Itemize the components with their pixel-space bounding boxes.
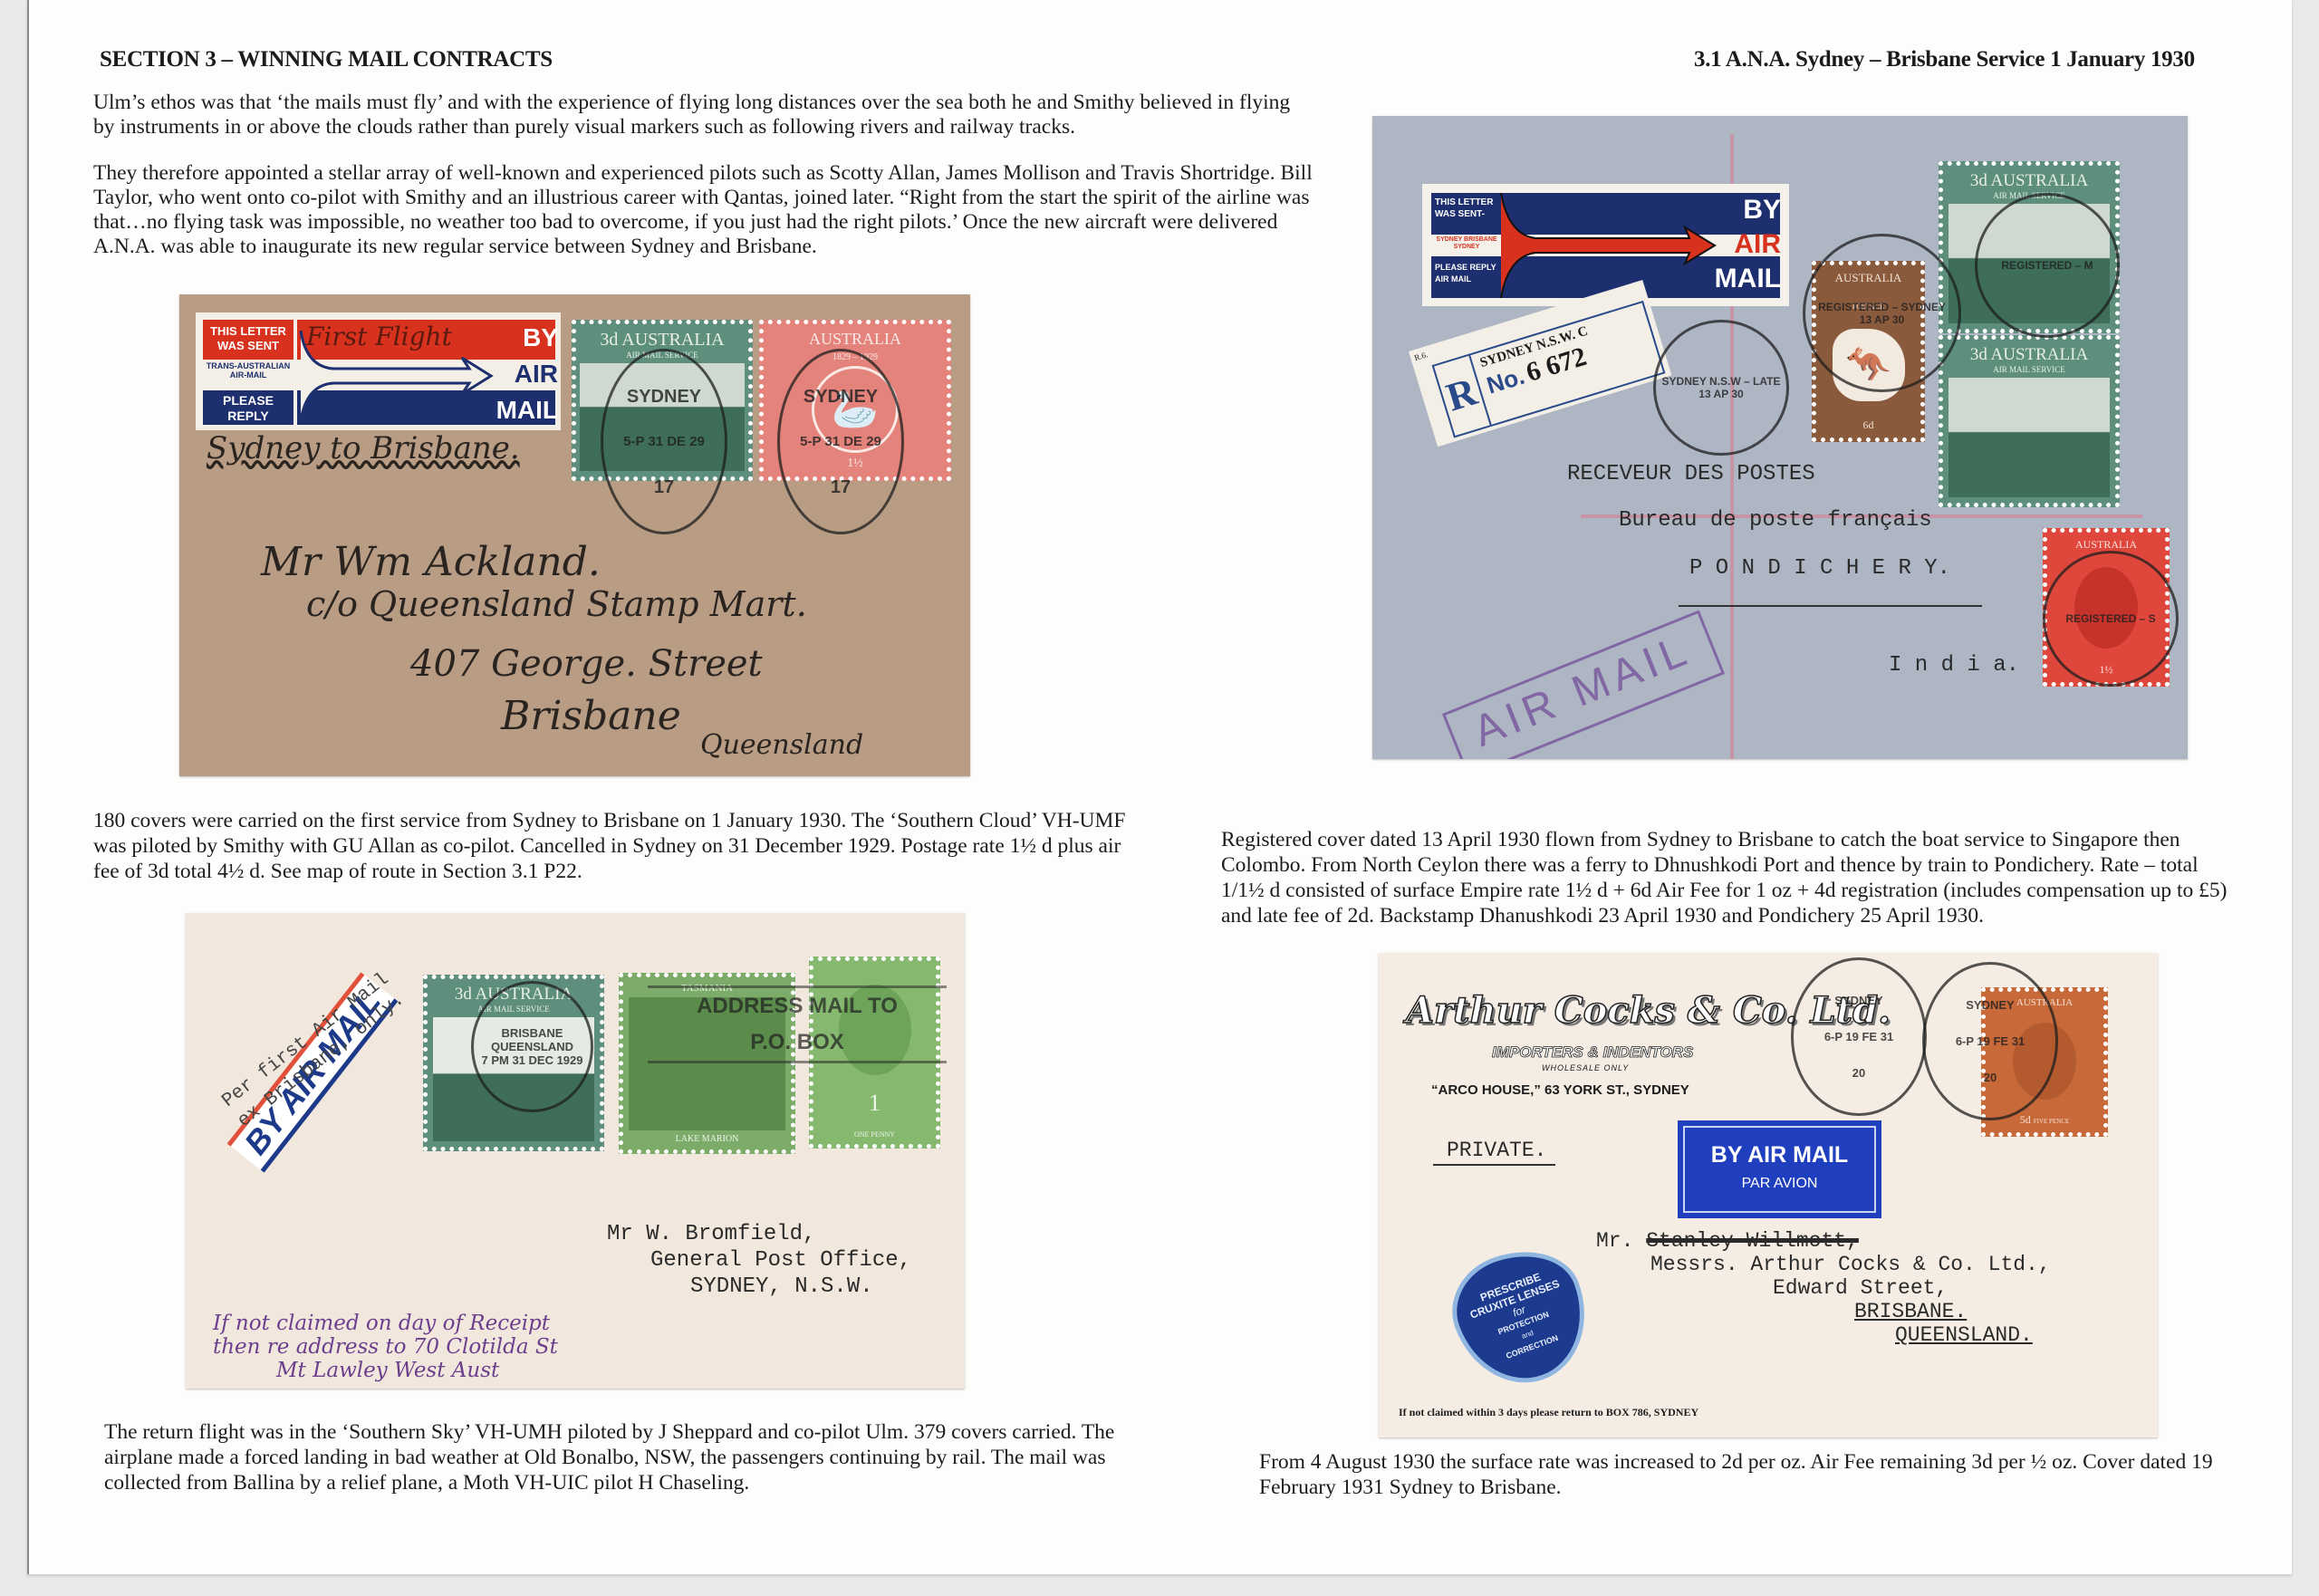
label-trans-australian: TRANS-AUSTRALIAN AIR-MAIL (203, 361, 293, 389)
address-line: 407 George. Street (410, 643, 763, 685)
address-line: Brisbane (501, 693, 681, 739)
cover-registered-pondichery: THIS LETTER WAS SENT- SYDNEY BRISBANE SY… (1372, 116, 2188, 759)
postmark: SYDNEY6-P 19 FE 3120 (1922, 962, 2058, 1120)
postmark-registered: REGISTERED – S (2043, 551, 2179, 687)
label-sent-text: THIS LETTER WAS SENT- (1435, 197, 1498, 220)
intro-paragraph: Ulm’s ethos was that ‘the mails must fly… (93, 91, 1316, 139)
route-note: Sydney to Brisbane. (207, 430, 520, 466)
page-edge (27, 0, 29, 1574)
postmark: SYDNEY 5-P 31 DE 29 17 (601, 349, 727, 534)
intro-paragraph: They therefore appointed a stellar array… (93, 161, 1316, 259)
cover-return-flight: BY AIR MAIL Per first Air Mail ex Brisba… (186, 913, 965, 1389)
postmark-late-fee: SYDNEY N.S.W – LATE13 AP 30 (1653, 320, 1789, 456)
cover-arthur-cocks: Arthur Cocks & Co. Ltd. IMPORTERS & INDE… (1379, 953, 2158, 1437)
label-please-reply: PLEASE REPLY (203, 390, 293, 425)
postmark: SYDNEY6-P 19 FE 3120 (1791, 957, 1927, 1116)
airmail-label: THIS LETTER WAS SENT TRANS-AUSTRALIAN AI… (196, 312, 561, 430)
address-block: Mr. Stanley Willmott, Messrs. Arthur Coc… (1596, 1229, 2051, 1347)
return-note: If not claimed within 3 days please retu… (1399, 1406, 1698, 1419)
typed-note: Per first Air Mail ex Brisbane, only. (217, 967, 410, 1134)
label-by-air-mail: BY AIR MAIL (495, 320, 558, 428)
label-by-air-mail: BY AIR MAIL (1712, 193, 1781, 296)
address-line: Queensland (700, 729, 863, 761)
cover-caption: The return flight was in the ‘Southern S… (104, 1419, 1128, 1495)
label-route-text: SYDNEY BRISBANE SYDNEY (1435, 236, 1498, 251)
postmark-registered: REGISTERED – SYDNEY13 AP 30 (1803, 234, 1961, 392)
cruxite-lenses-sticker: PRESCRIBE CRUXITE LENSES for PROTECTION … (1438, 1234, 1606, 1402)
slogan-cancel: ADDRESS MAIL TO P.O. BOX (648, 985, 947, 1063)
address-line: Mr Wm Ackland. (261, 539, 601, 585)
first-flight-handwriting: First Flight (306, 322, 452, 351)
private-mark: PRIVATE. (1433, 1139, 1555, 1166)
address-line: RECEVEUR DES POSTES (1567, 462, 1815, 486)
letterhead-tagline: IMPORTERS & INDENTORS (1492, 1043, 1693, 1062)
postmark: BRISBANE QUEENSLAND7 PM 31 DEC 1929 (471, 981, 593, 1112)
arrow-icon (1499, 193, 1717, 298)
address-line: P O N D I C H E R Y. (1689, 556, 1950, 581)
air-mail-etiquette: BY AIR MAIL PAR AVION (1678, 1120, 1881, 1218)
cover-caption: 180 covers were carried on the first ser… (93, 808, 1144, 884)
air-mail-cachet: AIR MAIL (1442, 610, 1725, 759)
label-sent-box: THIS LETTER WAS SENT (203, 320, 293, 360)
airmail-label: THIS LETTER WAS SENT- SYDNEY BRISBANE SY… (1422, 184, 1789, 306)
cover-caption: Registered cover dated 13 April 1930 flo… (1221, 827, 2231, 928)
address-line: Bureau de poste français (1619, 508, 1932, 533)
cover-caption: From 4 August 1930 the surface rate was … (1259, 1449, 2228, 1500)
letterhead-sub: WHOLESALE ONLY (1542, 1063, 1629, 1072)
letterhead-address: “ARCO HOUSE,” 63 YORK ST., SYDNEY (1431, 1082, 1689, 1098)
handwritten-note: If not claimed on day of Receipt then re… (213, 1312, 558, 1382)
intro-text: Ulm’s ethos was that ‘the mails must fly… (93, 91, 1316, 281)
cover-first-flight: THIS LETTER WAS SENT TRANS-AUSTRALIAN AI… (179, 294, 970, 776)
subsection-title: 3.1 A.N.A. Sydney – Brisbane Service 1 J… (1694, 47, 2195, 72)
stamp-3d-airmail: 3d AUSTRALIA AIR MAIL SERVICE (1939, 335, 2120, 507)
section-title: SECTION 3 – WINNING MAIL CONTRACTS (100, 47, 553, 72)
address-underline (1679, 605, 1982, 607)
struck-name: Stanley Willmott, (1646, 1229, 1859, 1253)
postmark-registered: REGISTERED – M (1975, 193, 2120, 338)
address-line: I n d i a. (1889, 653, 2019, 678)
postmark: SYDNEY 5-P 31 DE 29 17 (777, 349, 904, 534)
address-block: Mr W. Bromfield, General Post Office, SY… (607, 1221, 911, 1300)
label-reply-text: PLEASE REPLY AIR MAIL (1435, 262, 1498, 285)
address-line: c/o Queensland Stamp Mart. (306, 584, 807, 624)
